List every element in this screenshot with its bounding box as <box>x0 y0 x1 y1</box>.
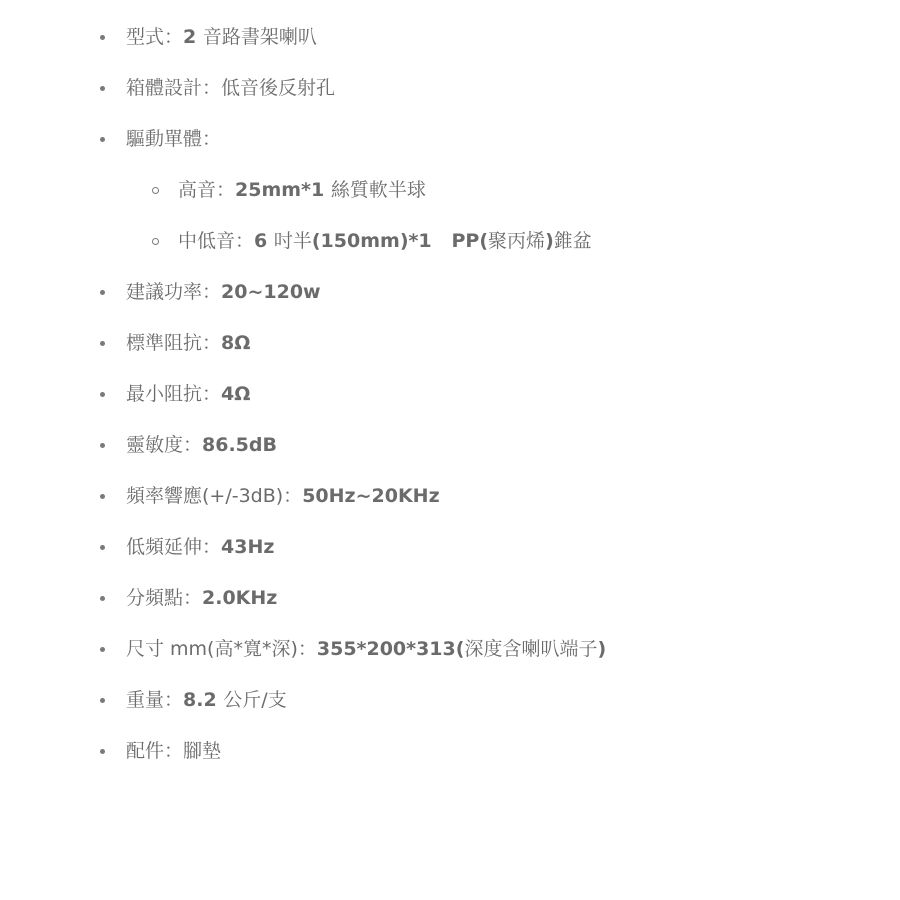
spec-value-cn: 錐盆 <box>554 230 592 252</box>
bullet-icon <box>100 392 105 397</box>
bullet-icon <box>100 749 105 754</box>
spec-label: 頻率響應(+/-3dB)： <box>126 485 302 507</box>
spec-label: 靈敏度： <box>126 434 202 456</box>
spec-value: 25mm*1 <box>235 179 331 201</box>
spec-value: (150mm)*1 PP( <box>312 230 488 252</box>
spec-value: 8Ω <box>221 332 250 354</box>
hollow-bullet-icon <box>152 238 159 245</box>
spec-text: 建議功率：20~120w <box>126 277 321 307</box>
spec-value: ) <box>597 638 606 660</box>
spec-label: 箱體設計： <box>126 77 221 99</box>
spec-value: ) <box>545 230 554 252</box>
bullet-icon <box>100 290 105 295</box>
spec-label: 低頻延伸： <box>126 536 221 558</box>
bullet-icon <box>100 137 105 142</box>
spec-text: 頻率響應(+/-3dB)：50Hz~20KHz <box>126 481 440 511</box>
spec-text: 重量：8.2 公斤/支 <box>126 685 287 715</box>
spec-label: 型式： <box>126 26 183 48</box>
spec-text: 驅動單體： <box>126 124 221 154</box>
spec-value-cn: 聚丙烯 <box>488 230 545 252</box>
spec-label: 配件： <box>126 740 183 762</box>
spec-value-cn: 公斤/支 <box>223 689 286 711</box>
spec-value: 355*200*313( <box>317 638 465 660</box>
spec-text: 型式：2 音路書架喇叭 <box>126 22 317 52</box>
spec-value-cn: 音路書架喇叭 <box>203 26 317 48</box>
spec-text: 分頻點：2.0KHz <box>126 583 277 613</box>
spec-text: 最小阻抗：4Ω <box>126 379 250 409</box>
spec-label: 最小阻抗： <box>126 383 221 405</box>
spec-value: 2 <box>183 26 203 48</box>
spec-text: 高音：25mm*1 絲質軟半球 <box>178 175 426 205</box>
spec-text: 標準阻抗：8Ω <box>126 328 250 358</box>
spec-value: 8.2 <box>183 689 223 711</box>
spec-value-cn: 腳墊 <box>183 740 221 762</box>
bullet-icon <box>100 545 105 550</box>
spec-value: 2.0KHz <box>202 587 277 609</box>
spec-label: 尺寸 mm(高*寬*深)： <box>126 638 317 660</box>
spec-text: 低頻延伸：43Hz <box>126 532 274 562</box>
spec-value-cn: 低音後反射孔 <box>221 77 335 99</box>
spec-text: 靈敏度：86.5dB <box>126 430 277 460</box>
spec-value-cn: 吋半 <box>274 230 312 252</box>
bullet-icon <box>100 443 105 448</box>
spec-label: 分頻點： <box>126 587 202 609</box>
bullet-icon <box>100 647 105 652</box>
bullet-icon <box>100 341 105 346</box>
spec-label: 驅動單體： <box>126 128 221 150</box>
spec-value: 20~120w <box>221 281 321 303</box>
spec-value-cn: 絲質軟半球 <box>331 179 426 201</box>
hollow-bullet-icon <box>152 187 159 194</box>
spec-value: 4Ω <box>221 383 250 405</box>
spec-label: 中低音： <box>178 230 254 252</box>
spec-label: 標準阻抗： <box>126 332 221 354</box>
spec-text: 箱體設計：低音後反射孔 <box>126 73 335 103</box>
bullet-icon <box>100 494 105 499</box>
spec-value-cn: 深度含喇叭端子 <box>464 638 597 660</box>
spec-text: 配件：腳墊 <box>126 736 221 766</box>
spec-value: 43Hz <box>221 536 274 558</box>
spec-value: 50Hz~20KHz <box>302 485 439 507</box>
spec-label: 重量： <box>126 689 183 711</box>
spec-value: 6 <box>254 230 274 252</box>
spec-value: 86.5dB <box>202 434 277 456</box>
bullet-icon <box>100 86 105 91</box>
bullet-icon <box>100 35 105 40</box>
spec-label: 高音： <box>178 179 235 201</box>
bullet-icon <box>100 698 105 703</box>
spec-text: 尺寸 mm(高*寬*深)：355*200*313(深度含喇叭端子) <box>126 634 606 664</box>
bullet-icon <box>100 596 105 601</box>
spec-text: 中低音：6 吋半(150mm)*1 PP(聚丙烯)錐盆 <box>178 226 592 256</box>
spec-label: 建議功率： <box>126 281 221 303</box>
